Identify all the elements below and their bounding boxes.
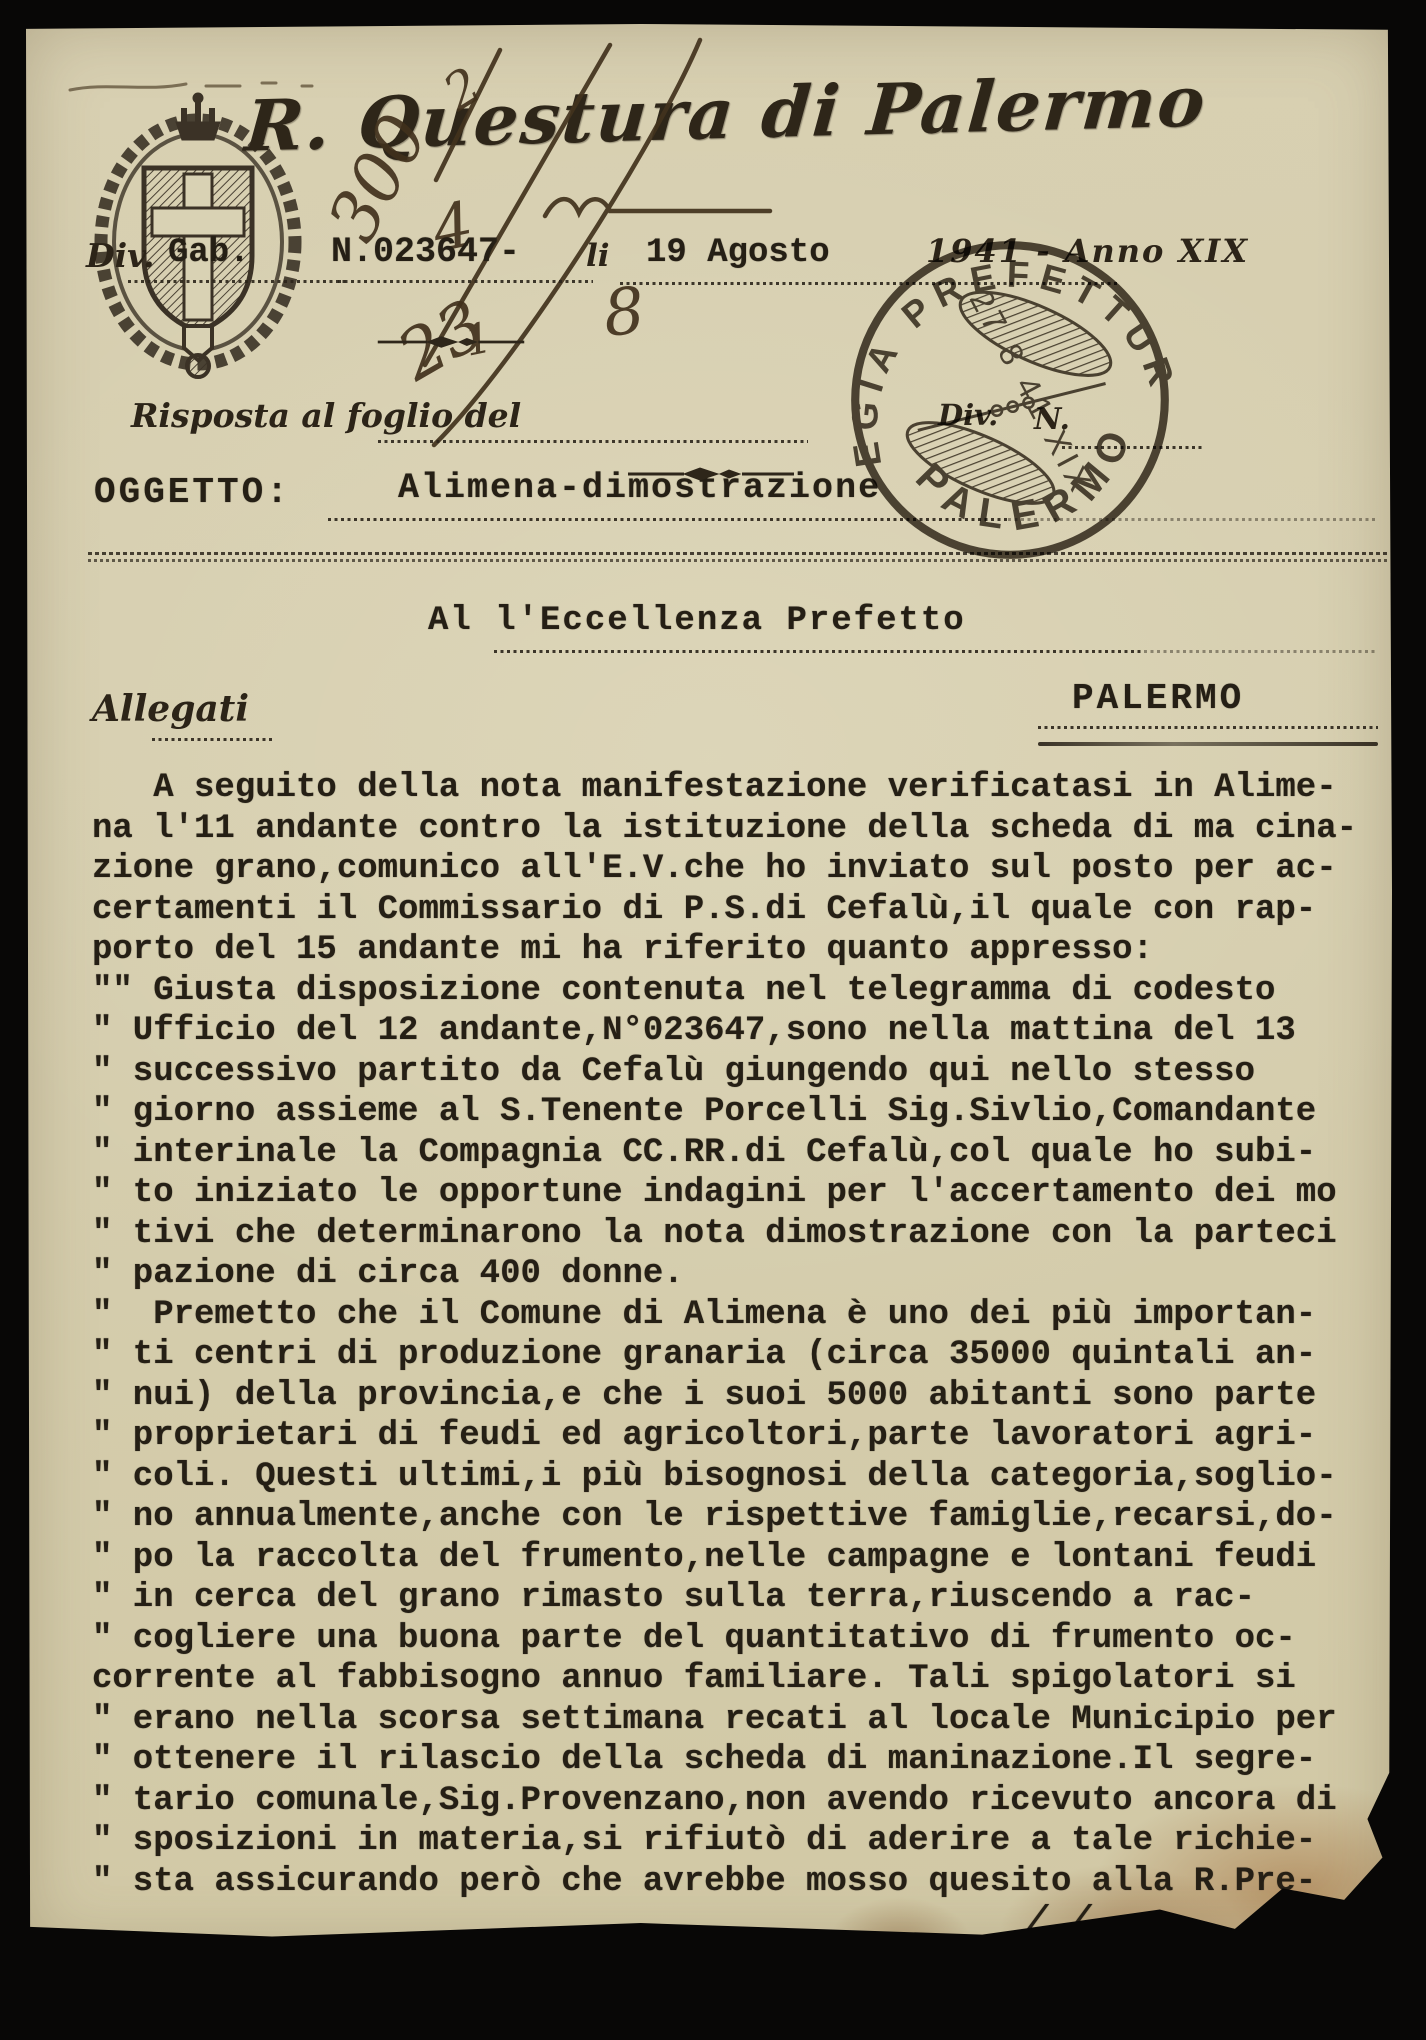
body-line: " in cerca del grano rimasto sulla terra…	[92, 1578, 1392, 1619]
city-dotted-underline	[1038, 726, 1378, 729]
body-line: " proprietari di feudi ed agricoltori,pa…	[92, 1416, 1392, 1457]
division-value: Gab.	[168, 234, 250, 272]
city-solid-underline	[1038, 742, 1378, 746]
date-li-label: li	[586, 238, 610, 274]
division-dotted-line	[128, 280, 348, 283]
body-line: " erano nella scorsa settimana recati al…	[92, 1700, 1392, 1741]
risposta-label: Risposta al foglio del	[131, 396, 521, 435]
body-line: certamenti il Commissario di P.S.di Cefa…	[92, 890, 1392, 931]
scanned-document-page: { "letterhead": { "title": "R. Questura …	[0, 0, 1426, 2040]
body-line: " pazione di circa 400 donne.	[92, 1254, 1392, 1295]
protocol-number-value: N.023647-	[331, 232, 520, 272]
decorative-flourish-divider	[626, 466, 796, 482]
body-line: " nui) della provincia,e che i suoi 5000…	[92, 1376, 1392, 1417]
body-line: " coli. Questi ultimi,i più bisognosi de…	[92, 1457, 1392, 1498]
oggetto-label: OGGETTO:	[94, 472, 291, 513]
body-line: " to iniziato le opportune indagini per …	[92, 1173, 1392, 1214]
body-line: zione grano,comunico all'E.V.che ho invi…	[92, 849, 1392, 890]
recipient-line: Al l'Eccellenza Prefetto	[428, 602, 966, 640]
body-line: " Ufficio del 12 andante,N°023647,sono n…	[92, 1011, 1392, 1052]
body-line: " interinale la Compagnia CC.RR.di Cefal…	[92, 1133, 1392, 1174]
prefettura-receipt-stamp: REGIA PREFETTURA PALERMO 27 8 41 XIX	[842, 232, 1178, 568]
handwritten-digit-8: 8	[600, 274, 648, 352]
recipient-dotted-line	[494, 650, 1144, 653]
body-line: " no annualmente,anche con le rispettive…	[92, 1497, 1392, 1538]
body-line: " Premetto che il Comune di Alimena è un…	[92, 1295, 1392, 1336]
city-palermo: PALERMO	[1072, 678, 1244, 719]
body-line: porto del 15 andante mi ha riferito quan…	[92, 930, 1392, 971]
risposta-dotted-line	[378, 440, 808, 443]
decorative-flourish-divider	[376, 334, 526, 350]
body-line: " sposizioni in materia,si rifiutò di ad…	[92, 1821, 1392, 1862]
body-line: " ottenere il rilascio della scheda di m…	[92, 1740, 1392, 1781]
date-value: 19 Agosto	[646, 234, 830, 272]
body-line: corrente al fabbisogno annuo familiare. …	[92, 1659, 1392, 1700]
protocol-dotted-line	[338, 280, 593, 283]
body-line: " tivi che determinarono la nota dimostr…	[92, 1214, 1392, 1255]
letter-paper: R. Questura di Palermo 300 2 4 8 23 1 Di…	[26, 24, 1392, 1950]
division-label: Div.	[86, 236, 155, 275]
body-line: A seguito della nota manifestazione veri…	[92, 768, 1392, 809]
allegati-dotted-line	[152, 738, 272, 741]
body-line: " ti centri di produzione granaria (circ…	[92, 1335, 1392, 1376]
body-line: "" Giusta disposizione contenuta nel tel…	[92, 971, 1392, 1012]
body-line: na l'11 andante contro la istituzione de…	[92, 809, 1392, 850]
end-of-page-mark: /./	[1026, 1900, 1091, 1941]
letter-body-text: A seguito della nota manifestazione veri…	[92, 768, 1392, 1902]
body-line: " cogliere una buona parte del quantitat…	[92, 1619, 1392, 1660]
body-line: " successivo partito da Cefalù giungendo…	[92, 1052, 1392, 1093]
body-line: " sta assicurando però che avrebbe mosso…	[92, 1862, 1392, 1903]
body-line: " giorno assieme al S.Tenente Porcelli S…	[92, 1092, 1392, 1133]
section-separator-rule	[88, 552, 1388, 563]
allegati-label: Allegati	[92, 688, 249, 730]
body-line: " tario comunale,Sig.Provenzano,non aven…	[92, 1781, 1392, 1822]
recipient-dotted-line-faded	[1144, 650, 1376, 653]
body-line: " po la raccolta del frumento,nelle camp…	[92, 1538, 1392, 1579]
